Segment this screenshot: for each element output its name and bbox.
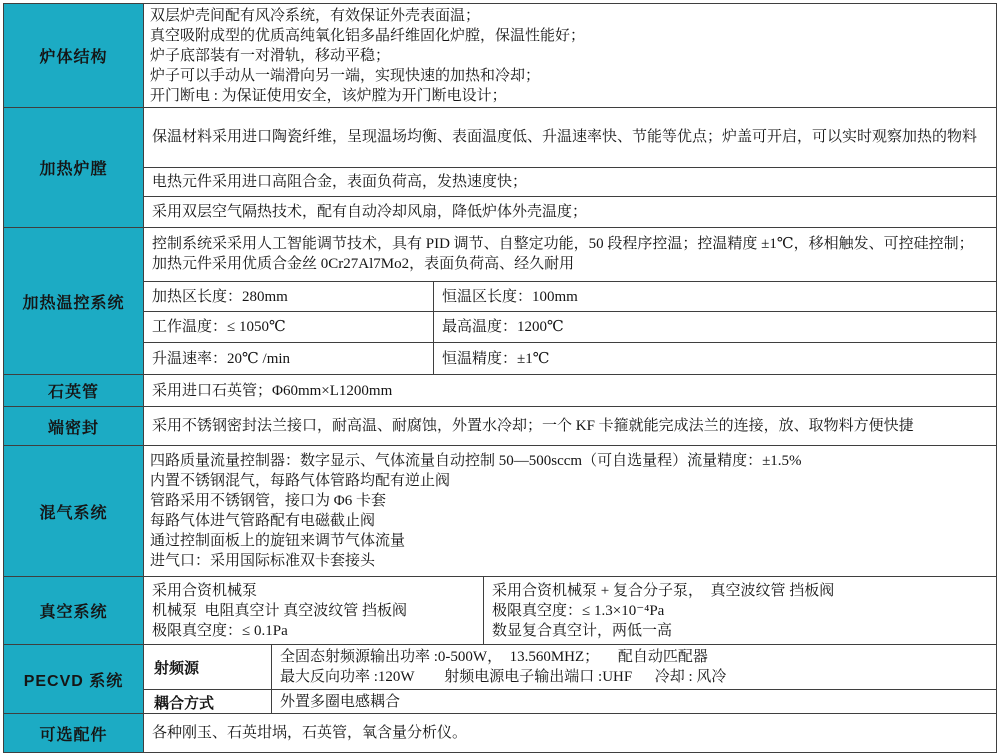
quartz-tube-content: 采用进口石英管；Φ60mm×L1200mm [144, 375, 996, 406]
row-header-quartz-tube: 石英管 [4, 375, 144, 406]
pecvd-content: 射频源 全固态射频源输出功率 :0-500W， 13.560MHZ； 配自动匹配… [144, 645, 996, 713]
quartz-tube-text: 采用进口石英管；Φ60mm×L1200mm [144, 375, 996, 406]
row-optional-accessories: 可选配件 各种刚玉、石英坩埚，石英管，氧含量分析仪。 [4, 714, 996, 752]
pecvd-rf-source-label: 射频源 [144, 645, 272, 689]
vacuum-molecular-line: 极限真空度：≤ 1.3×10⁻⁴Pa [492, 601, 988, 621]
vacuum-basic-line: 极限真空度：≤ 0.1Pa [152, 621, 475, 641]
end-seal-text: 采用不锈钢密封法兰接口，耐高温、耐腐蚀，外置水冷却；一个 KF 卡箍就能完成法兰… [144, 407, 996, 445]
furnace-structure-content: 双层炉壳间配有风冷系统，有效保证外壳表面温； 真空吸附成型的优质高纯氧化铝多晶纤… [144, 4, 996, 107]
row-header-vacuum-system: 真空系统 [4, 577, 144, 644]
rf-source-line: 最大反向功率 :120W 射频电源电子输出端口 :UHF 冷却 : 风冷 [280, 667, 988, 687]
gas-mixing-line: 内置不锈钢混气，每路气体管路均配有逆止阀 [150, 471, 990, 491]
pecvd-coupling-text: 外置多圈电感耦合 [272, 690, 996, 714]
chamber-cell: 保温材料采用进口陶瓷纤维，呈现温场均衡、表面温度低、升温速率快、节能等优点；炉盖… [144, 108, 996, 167]
spec-constant-zone-length: 恒温区长度：100mm [434, 282, 996, 312]
spec-heating-rate: 升温速率：20℃ /min [144, 343, 434, 374]
gas-mixing-line: 每路气体进气管路配有电磁截止阀 [150, 511, 990, 531]
temp-control-intro: 控制系统采采用人工智能调节技术，具有 PID 调节、自整定功能，50 段程序控温… [144, 228, 996, 281]
row-vacuum-system: 真空系统 采用合资机械泵 机械泵 电阻真空计 真空波纹管 挡板阀 极限真空度：≤… [4, 577, 996, 645]
vacuum-option-molecular: 采用合资机械泵 + 复合分子泵， 真空波纹管 挡板阀 极限真空度：≤ 1.3×1… [484, 577, 996, 644]
gas-mixing-line: 管路采用不锈钢管，接口为 Φ6 卡套 [150, 491, 990, 511]
furnace-line: 开门断电 : 为保证使用安全，该炉膛为开门断电设计； [150, 86, 990, 106]
row-header-temp-control-system: 加热温控系统 [4, 228, 144, 374]
vacuum-basic-line: 采用合资机械泵 [152, 581, 475, 601]
accessories-content: 各种刚玉、石英坩埚，石英管，氧含量分析仪。 [144, 714, 996, 752]
furnace-line: 真空吸附成型的优质高纯氧化铝多晶纤维固化炉膛，保温性能好； [150, 26, 990, 46]
row-header-optional-accessories: 可选配件 [4, 714, 144, 752]
gas-mixing-line: 四路质量流量控制器：数字显示、气体流量自动控制 50—500sccm（可自选量程… [150, 451, 990, 471]
row-heating-chamber: 加热炉膛 保温材料采用进口陶瓷纤维，呈现温场均衡、表面温度低、升温速率快、节能等… [4, 108, 996, 228]
row-header-heating-chamber: 加热炉膛 [4, 108, 144, 227]
end-seal-content: 采用不锈钢密封法兰接口，耐高温、耐腐蚀，外置水冷却；一个 KF 卡箍就能完成法兰… [144, 407, 996, 445]
spec-working-temperature: 工作温度：≤ 1050℃ [144, 312, 434, 342]
row-furnace-structure: 炉体结构 双层炉壳间配有风冷系统，有效保证外壳表面温； 真空吸附成型的优质高纯氧… [4, 4, 996, 108]
row-temp-control-system: 加热温控系统 控制系统采采用人工智能调节技术，具有 PID 调节、自整定功能，5… [4, 228, 996, 375]
temp-control-content: 控制系统采采用人工智能调节技术，具有 PID 调节、自整定功能，50 段程序控温… [144, 228, 996, 374]
gas-mixing-line: 进气口：采用国际标准双卡套接头 [150, 551, 990, 571]
chamber-cell: 采用双层空气隔热技术，配有自动冷却风扇，降低炉体外壳温度； [144, 197, 996, 227]
chamber-cell: 电热元件采用进口高阻合金，表面负荷高，发热速度快； [144, 168, 996, 197]
gas-mixing-content: 四路质量流量控制器：数字显示、气体流量自动控制 50—500sccm（可自选量程… [144, 446, 996, 576]
row-header-pecvd-system: PECVD 系统 [4, 645, 144, 713]
row-header-furnace-structure: 炉体结构 [4, 4, 144, 107]
row-end-seal: 端密封 采用不锈钢密封法兰接口，耐高温、耐腐蚀，外置水冷却；一个 KF 卡箍就能… [4, 407, 996, 446]
product-spec-table: 炉体结构 双层炉壳间配有风冷系统，有效保证外壳表面温； 真空吸附成型的优质高纯氧… [3, 3, 997, 753]
furnace-line: 炉子底部装有一对滑轨，移动平稳； [150, 46, 990, 66]
pecvd-rf-source-content: 全固态射频源输出功率 :0-500W， 13.560MHZ； 配自动匹配器 最大… [272, 645, 996, 689]
row-header-end-seal: 端密封 [4, 407, 144, 445]
row-gas-mixing-system: 混气系统 四路质量流量控制器：数字显示、气体流量自动控制 50—500sccm（… [4, 446, 996, 577]
heating-chamber-content: 保温材料采用进口陶瓷纤维，呈现温场均衡、表面温度低、升温速率快、节能等优点；炉盖… [144, 108, 996, 227]
vacuum-option-basic: 采用合资机械泵 机械泵 电阻真空计 真空波纹管 挡板阀 极限真空度：≤ 0.1P… [144, 577, 484, 644]
furnace-line: 双层炉壳间配有风冷系统，有效保证外壳表面温； [150, 6, 990, 26]
rf-source-line: 全固态射频源输出功率 :0-500W， 13.560MHZ； 配自动匹配器 [280, 647, 988, 667]
pecvd-coupling-label: 耦合方式 [144, 690, 272, 714]
row-pecvd-system: PECVD 系统 射频源 全固态射频源输出功率 :0-500W， 13.560M… [4, 645, 996, 714]
accessories-text: 各种刚玉、石英坩埚，石英管，氧含量分析仪。 [144, 714, 996, 752]
vacuum-molecular-line: 采用合资机械泵 + 复合分子泵， 真空波纹管 挡板阀 [492, 581, 988, 601]
spec-heating-zone-length: 加热区长度：280mm [144, 282, 434, 312]
row-quartz-tube: 石英管 采用进口石英管；Φ60mm×L1200mm [4, 375, 996, 407]
spec-max-temperature: 最高温度：1200℃ [434, 312, 996, 342]
furnace-line: 炉子可以手动从一端滑向另一端，实现快速的加热和冷却； [150, 66, 990, 86]
vacuum-molecular-line: 数显复合真空计，两低一高 [492, 621, 988, 641]
vacuum-content: 采用合资机械泵 机械泵 电阻真空计 真空波纹管 挡板阀 极限真空度：≤ 0.1P… [144, 577, 996, 644]
vacuum-basic-line: 机械泵 电阻真空计 真空波纹管 挡板阀 [152, 601, 475, 621]
row-header-gas-mixing-system: 混气系统 [4, 446, 144, 576]
spec-temperature-accuracy: 恒温精度：±1℃ [434, 343, 996, 374]
gas-mixing-line: 通过控制面板上的旋钮来调节气体流量 [150, 531, 990, 551]
